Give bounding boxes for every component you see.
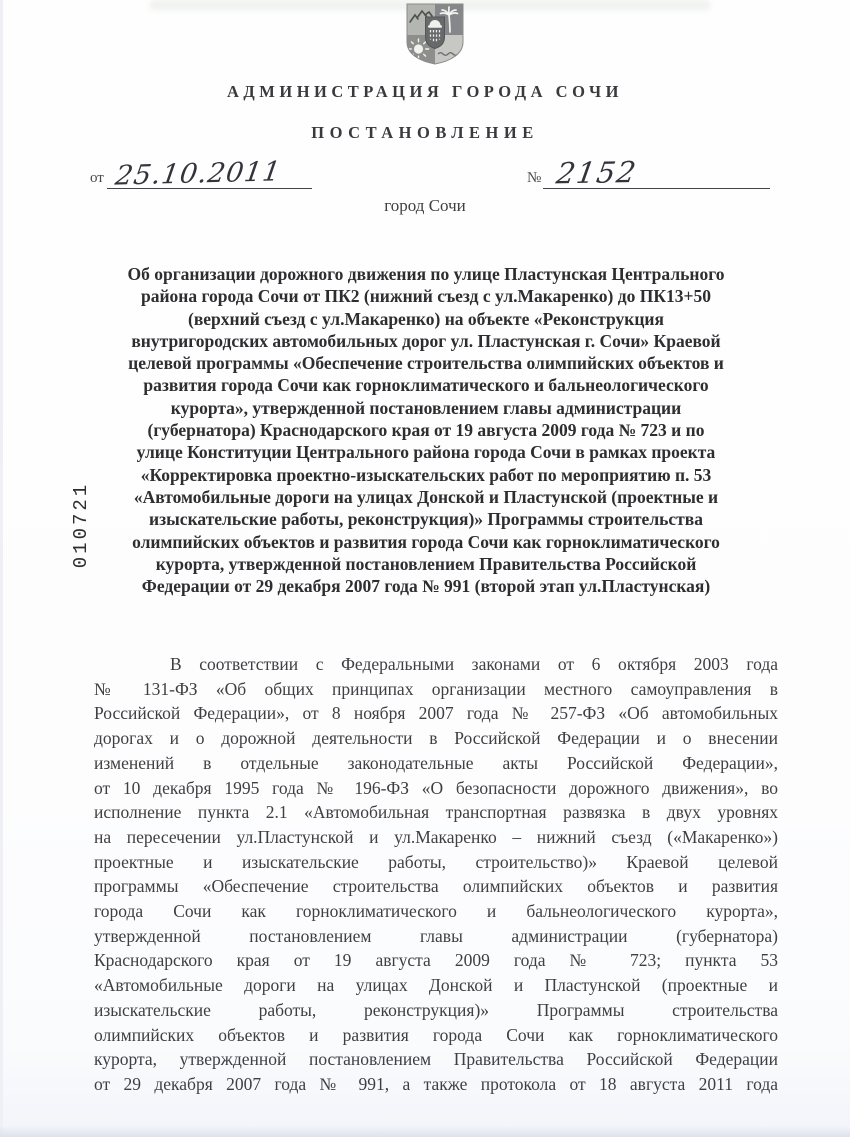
body-line: города Сочи как горноклиматического и ба… xyxy=(94,899,778,924)
title-line: (губернатора) Краснодарского края от 19 … xyxy=(110,419,742,441)
title-line: «Корректировка проектно-изыскательских р… xyxy=(110,464,742,486)
body-line: Краснодарского края от 19 августа 2009 г… xyxy=(94,948,778,973)
place-name: город Сочи xyxy=(0,196,850,216)
title-line: курорта», утвержденной постановлением гл… xyxy=(110,397,742,419)
body-line: В соответствии с Федеральными законами о… xyxy=(94,652,778,677)
body-line: утвержденной постановлением главы админи… xyxy=(94,924,778,949)
vertical-registration-stamp: 010721 xyxy=(70,477,96,573)
sochi-coat-of-arms-icon xyxy=(404,2,466,71)
scanned-document-page: АДМИНИСТРАЦИЯ ГОРОДА СОЧИ ПОСТАНОВЛЕНИЕ … xyxy=(0,0,850,1137)
body-line: изменений в отдельные законодательные ак… xyxy=(94,751,778,776)
handwritten-date: 25.10.2011 xyxy=(113,155,319,191)
document-body-paragraph: В соответствии с Федеральными законами о… xyxy=(94,652,778,1097)
document-number-label: № xyxy=(527,170,541,187)
body-line: программы «Обеспечение строительства оли… xyxy=(94,874,778,899)
body-line: изыскательские работы, реконструкция)» П… xyxy=(94,998,778,1023)
title-line: района города Сочи от ПК2 (нижний съезд … xyxy=(110,285,742,307)
title-line: олимпийских объектов и развития города С… xyxy=(110,531,742,553)
body-line: олимпийских объектов и развития города С… xyxy=(94,1023,778,1048)
body-line: Российской Федерации», от 8 ноября 2007 … xyxy=(94,701,778,726)
handwritten-document-number: 2152 xyxy=(554,154,720,191)
date-label: от xyxy=(90,170,104,187)
body-line: «Автомобильные дороги на улицах Донской … xyxy=(94,973,778,998)
title-line: изыскательские работы, реконструкция)» П… xyxy=(110,508,742,530)
scan-edge-bottom xyxy=(0,1126,850,1137)
body-line: курорта, утвержденной постановлением Пра… xyxy=(94,1047,778,1072)
body-line: № 131-ФЗ «Об общих принципах организации… xyxy=(94,677,778,702)
scan-edge-left xyxy=(0,0,3,1137)
body-line: проектные и изыскательские работы, строи… xyxy=(94,850,778,875)
title-line: Об организации дорожного движения по ули… xyxy=(110,263,742,285)
title-line: Федерации от 29 декабря 2007 года № 991 … xyxy=(110,575,742,597)
title-line: «Автомобильные дороги на улицах Донской … xyxy=(110,486,742,508)
title-line: улице Конституции Центрального района го… xyxy=(110,441,742,463)
title-line: курорта, утвержденной постановлением Пра… xyxy=(110,553,742,575)
body-line: на пересечении ул.Пластунской и ул.Макар… xyxy=(94,825,778,850)
title-line: (верхний съезд с ул.Макаренко) на объект… xyxy=(110,308,742,330)
title-line: развития города Сочи как горноклиматичес… xyxy=(110,374,742,396)
organization-name: АДМИНИСТРАЦИЯ ГОРОДА СОЧИ xyxy=(0,82,850,102)
body-line: от 10 декабря 1995 года № 196-ФЗ «О безо… xyxy=(94,776,778,801)
body-line: исполнение пункта 2.1 «Автомобильная тра… xyxy=(94,800,778,825)
body-line: дорогах и о дорожной деятельности в Росс… xyxy=(94,726,778,751)
title-line: внутригородских автомобильных дорог ул. … xyxy=(110,330,742,352)
body-line: от 29 декабря 2007 года № 991, а также п… xyxy=(94,1072,778,1097)
document-title: Об организации дорожного движения по ули… xyxy=(110,263,742,597)
document-type-heading: ПОСТАНОВЛЕНИЕ xyxy=(0,123,850,143)
title-line: целевой программы «Обеспечение строитель… xyxy=(110,352,742,374)
